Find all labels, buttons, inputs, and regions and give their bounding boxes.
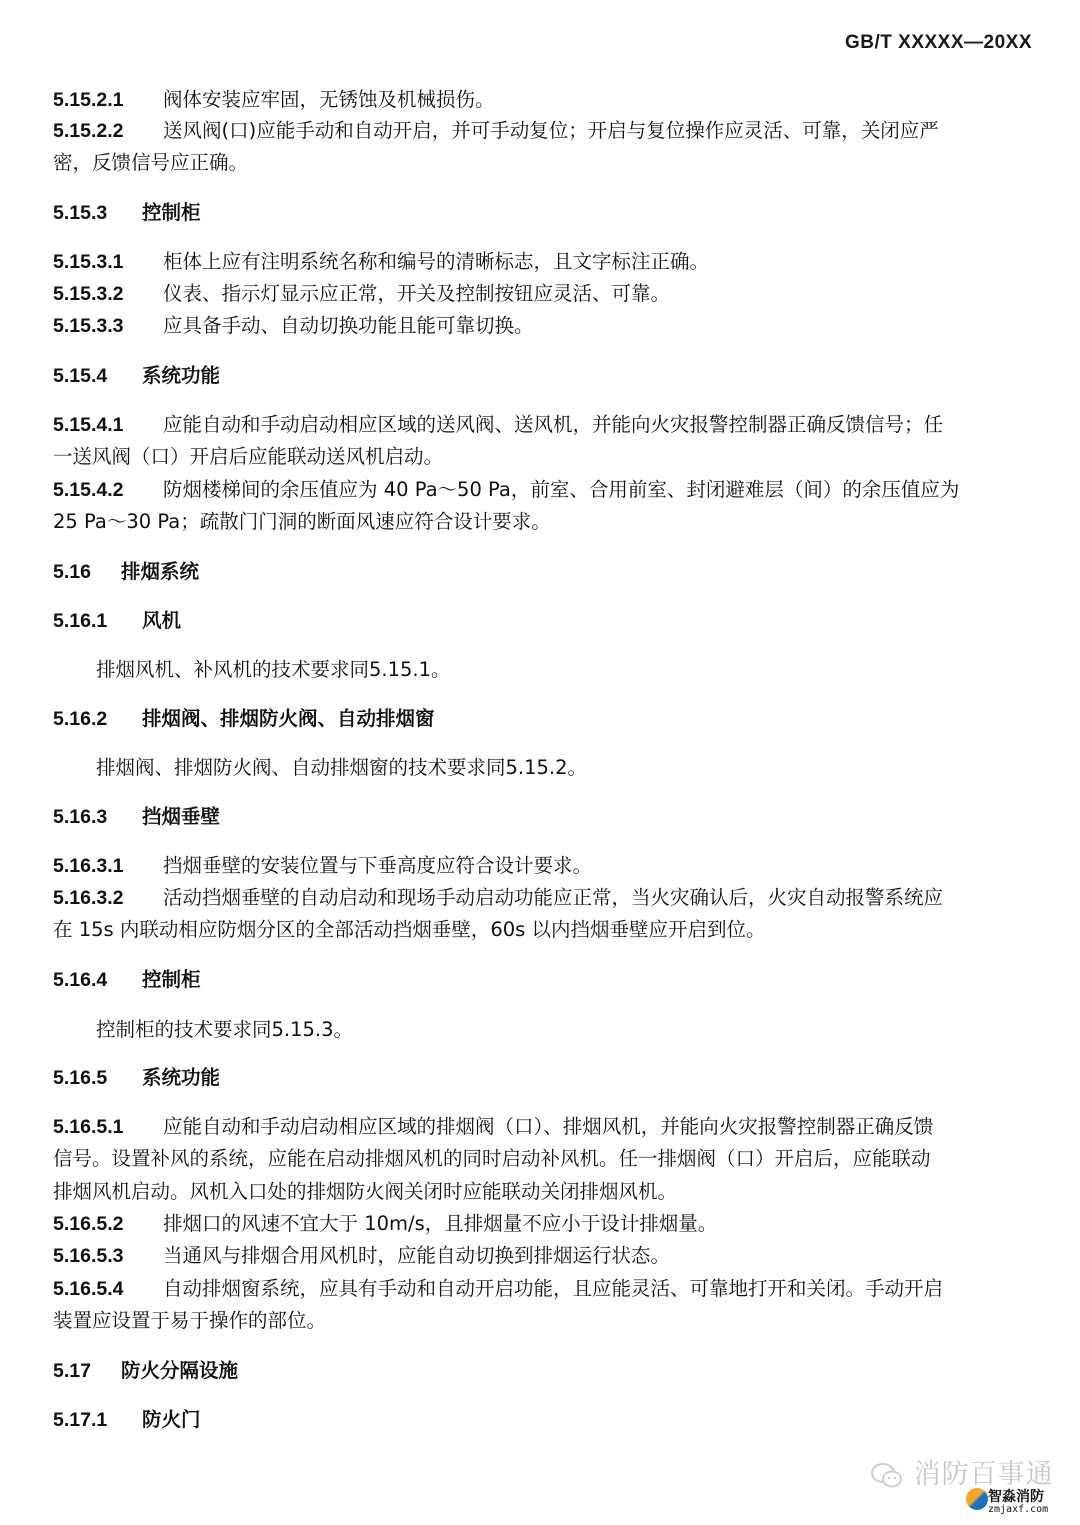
clause-continuation: 25 Pa～30 Pa；疏散门门洞的断面风速应符合设计要求。	[53, 509, 1032, 535]
clause-continuation: 信号。设置补风的系统，应能在启动排烟风机的同时启动补风机。任一排烟阀（口）开启后…	[53, 1146, 1032, 1172]
section-title: 防火分隔设施	[121, 1359, 238, 1382]
clause-text: 柜体上应有注明系统名称和编号的清晰标志，且文字标注正确。	[163, 250, 709, 273]
section-number: 5.15.4	[53, 363, 142, 389]
clause-number: 5.15.3.1	[53, 249, 163, 275]
clause-text: 当通风与排烟合用风机时，应能自动切换到排烟运行状态。	[163, 1244, 670, 1267]
section-heading-5-15-3: 5.15.3控制柜	[53, 200, 1032, 226]
paragraph: 控制柜的技术要求同5.15.3。	[96, 1017, 1032, 1043]
paragraph-text: 排烟风机、补风机的技术要求同5.15.1。	[96, 658, 451, 681]
clause-text: 排烟口的风速不宜大于 10m/s，且排烟量不应小于设计排烟量。	[163, 1212, 717, 1235]
section-number: 5.17	[53, 1358, 121, 1384]
clause-5-16-5-3: 5.16.5.3当通风与排烟合用风机时，应能自动切换到排烟运行状态。	[53, 1243, 1032, 1269]
clause-text: 送风阀(口)应能手动和自动开启，并可手动复位；开启与复位操作应灵活、可靠，关闭应…	[163, 119, 939, 142]
clause-number: 5.15.2.1	[53, 87, 163, 113]
section-title: 排烟阀、排烟防火阀、自动排烟窗	[142, 707, 435, 730]
clause-text: 挡烟垂壁的安装位置与下垂高度应符合设计要求。	[163, 854, 592, 877]
standard-code-header: GB/T XXXXX—20XX	[845, 32, 1032, 54]
clause-number: 5.15.4.2	[53, 477, 163, 503]
clause-continuation: 排烟风机启动。风机入口处的排烟防火阀关闭时应能联动关闭排烟风机。	[53, 1179, 1032, 1205]
section-title: 风机	[142, 609, 181, 632]
clause-number: 5.15.4.1	[53, 412, 163, 438]
clause-number: 5.15.2.2	[53, 118, 163, 144]
clause-number: 5.16.3.1	[53, 853, 163, 879]
clause-5-16-5-1: 5.16.5.1应能自动和手动启动相应区域的排烟阀（口）、排烟风机，并能向火灾报…	[53, 1114, 1032, 1140]
clause-number: 5.15.3.2	[53, 281, 163, 307]
clause-number: 5.16.5.3	[53, 1243, 163, 1269]
section-number: 5.16.1	[53, 608, 142, 634]
clause-text: 信号。设置补风的系统，应能在启动排烟风机的同时启动补风机。任一排烟阀（口）开启后…	[53, 1147, 931, 1170]
clause-text: 活动挡烟垂壁的自动启动和现场手动启动功能应正常，当火灾确认后，火灾自动报警系统应	[163, 886, 943, 909]
clause-number: 5.16.3.2	[53, 885, 163, 911]
section-heading-5-16-2: 5.16.2排烟阀、排烟防火阀、自动排烟窗	[53, 706, 1032, 732]
paragraph-text: 排烟阀、排烟防火阀、自动排烟窗的技术要求同5.15.2。	[96, 756, 587, 779]
clause-continuation: 密，反馈信号应正确。	[53, 150, 1032, 176]
clause-continuation: 在 15s 内联动相应防烟分区的全部活动挡烟垂壁，60s 以内挡烟垂壁应开启到位…	[53, 917, 1032, 943]
clause-text: 在 15s 内联动相应防烟分区的全部活动挡烟垂壁，60s 以内挡烟垂壁应开启到位…	[53, 918, 766, 941]
section-number: 5.16.4	[53, 967, 142, 993]
section-title: 防火门	[142, 1408, 201, 1431]
clause-text: 排烟风机启动。风机入口处的排烟防火阀关闭时应能联动关闭排烟风机。	[53, 1180, 677, 1203]
paragraph: 排烟阀、排烟防火阀、自动排烟窗的技术要求同5.15.2。	[96, 755, 1032, 781]
section-title: 控制柜	[142, 968, 201, 991]
section-number: 5.15.3	[53, 200, 142, 226]
clause-5-15-4-2: 5.15.4.2防烟楼梯间的余压值应为 40 Pa～50 Pa，前室、合用前室、…	[53, 477, 1032, 503]
section-title: 控制柜	[142, 201, 201, 224]
clause-number: 5.15.3.3	[53, 313, 163, 339]
clause-text: 应具备手动、自动切换功能且能可靠切换。	[163, 314, 534, 337]
section-title: 挡烟垂壁	[142, 805, 220, 828]
clause-number: 5.16.5.2	[53, 1211, 163, 1237]
clause-5-15-2-1: 5.15.2.1阀体安装应牢固，无锈蚀及机械损伤。	[53, 87, 1032, 113]
paragraph-text: 控制柜的技术要求同5.15.3。	[96, 1018, 353, 1041]
clause-5-15-4-1: 5.15.4.1应能自动和手动启动相应区域的送风阀、送风机，并能向火灾报警控制器…	[53, 412, 1032, 438]
section-heading-5-17: 5.17防火分隔设施	[53, 1358, 1032, 1384]
section-heading-5-17-1: 5.17.1防火门	[53, 1407, 1032, 1433]
clause-text: 应能自动和手动启动相应区域的送风阀、送风机，并能向火灾报警控制器正确反馈信号；任	[163, 413, 943, 436]
section-number: 5.16.3	[53, 804, 142, 830]
paragraph: 排烟风机、补风机的技术要求同5.15.1。	[96, 657, 1032, 683]
section-number: 5.16.5	[53, 1065, 142, 1091]
brand-logo-icon	[966, 1488, 988, 1510]
clause-text: 防烟楼梯间的余压值应为 40 Pa～50 Pa，前室、合用前室、封闭避难层（间）…	[163, 478, 959, 501]
clause-text: 阀体安装应牢固，无锈蚀及机械损伤。	[163, 88, 495, 111]
section-heading-5-16-4: 5.16.4控制柜	[53, 967, 1032, 993]
section-title: 系统功能	[142, 1066, 220, 1089]
section-number: 5.16.2	[53, 706, 142, 732]
clause-number: 5.16.5.4	[53, 1276, 163, 1302]
clause-5-16-5-2: 5.16.5.2排烟口的风速不宜大于 10m/s，且排烟量不应小于设计排烟量。	[53, 1211, 1032, 1237]
brand-url: zmjaxf.com	[988, 1504, 1048, 1515]
section-number: 5.17.1	[53, 1407, 142, 1433]
clause-5-16-5-4: 5.16.5.4自动排烟窗系统，应具有手动和自动开启功能，且应能灵活、可靠地打开…	[53, 1276, 1032, 1302]
section-heading-5-15-4: 5.15.4系统功能	[53, 363, 1032, 389]
clause-5-16-3-2: 5.16.3.2活动挡烟垂壁的自动启动和现场手动启动功能应正常，当火灾确认后，火…	[53, 885, 1032, 911]
section-heading-5-16-5: 5.16.5系统功能	[53, 1065, 1032, 1091]
clause-5-15-3-3: 5.15.3.3应具备手动、自动切换功能且能可靠切换。	[53, 313, 1032, 339]
brand-name: 智淼消防	[988, 1486, 1044, 1506]
clause-text: 密，反馈信号应正确。	[53, 151, 248, 174]
clause-text: 25 Pa～30 Pa；疏散门门洞的断面风速应符合设计要求。	[53, 510, 551, 533]
clause-5-15-3-2: 5.15.3.2仪表、指示灯显示应正常，开关及控制按钮应灵活、可靠。	[53, 281, 1032, 307]
wechat-icon	[870, 1462, 904, 1490]
clause-text: 一送风阀（口）开启后应能联动送风机启动。	[53, 445, 443, 468]
clause-text: 应能自动和手动启动相应区域的排烟阀（口）、排烟风机，并能向火灾报警控制器正确反馈	[163, 1115, 933, 1138]
clause-text: 仪表、指示灯显示应正常，开关及控制按钮应灵活、可靠。	[163, 282, 670, 305]
clause-5-16-3-1: 5.16.3.1挡烟垂壁的安装位置与下垂高度应符合设计要求。	[53, 853, 1032, 879]
clause-5-15-2-2: 5.15.2.2送风阀(口)应能手动和自动开启，并可手动复位；开启与复位操作应灵…	[53, 118, 1032, 144]
clause-text: 装置应设置于易于操作的部位。	[53, 1309, 326, 1332]
section-number: 5.16	[53, 559, 121, 585]
section-heading-5-16-3: 5.16.3挡烟垂壁	[53, 804, 1032, 830]
section-heading-5-16: 5.16排烟系统	[53, 559, 1032, 585]
clause-number: 5.16.5.1	[53, 1114, 163, 1140]
clause-5-15-3-1: 5.15.3.1柜体上应有注明系统名称和编号的清晰标志，且文字标注正确。	[53, 249, 1032, 275]
section-title: 排烟系统	[121, 560, 199, 583]
clause-text: 自动排烟窗系统，应具有手动和自动开启功能，且应能灵活、可靠地打开和关闭。手动开启	[163, 1277, 943, 1300]
section-title: 系统功能	[142, 364, 220, 387]
section-heading-5-16-1: 5.16.1风机	[53, 608, 1032, 634]
clause-continuation: 装置应设置于易于操作的部位。	[53, 1308, 1032, 1334]
clause-continuation: 一送风阀（口）开启后应能联动送风机启动。	[53, 444, 1032, 470]
watermark: 消防百事通 智淼消防 zmjaxf.com	[870, 1452, 1070, 1522]
